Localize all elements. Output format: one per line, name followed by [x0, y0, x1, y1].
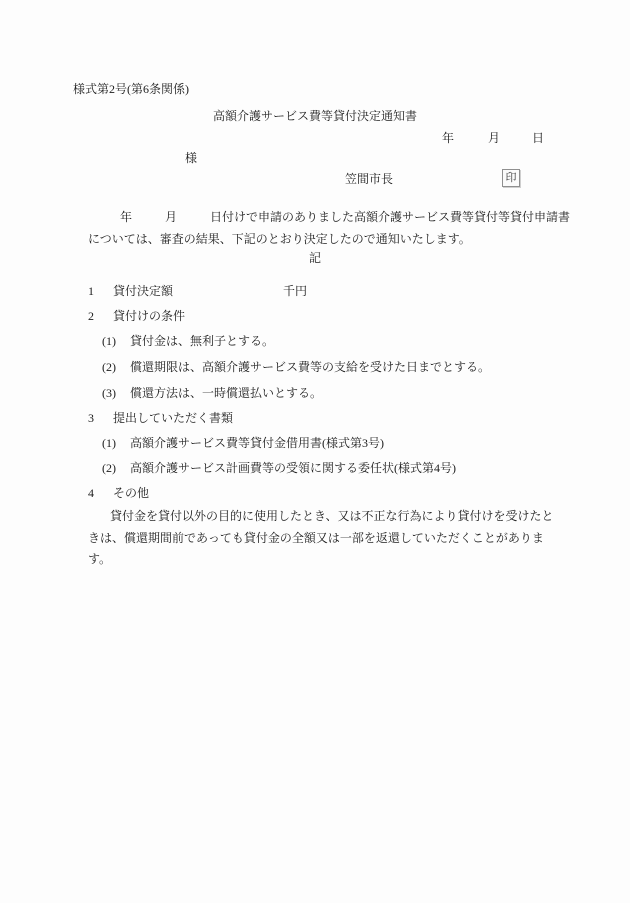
- page-title: 高額介護サービス費等貸付決定通知書: [0, 108, 630, 124]
- item-1-number: 1: [88, 283, 113, 299]
- item-4-note-line-2: きは、償還期間前であっても貸付金の全額又は一部を返還していただくことがありま: [88, 530, 544, 546]
- seal-mark: 印: [502, 169, 520, 187]
- item-2-number: 2: [88, 308, 113, 324]
- intro-line-1: 年月日付けで申請のありました高額介護サービス費等貸付等貸付申請書: [120, 209, 570, 225]
- item-3-sub-1-text: 高額介護サービス費等貸付金借用書(様式第3号): [130, 436, 384, 450]
- item-4-note-line-3: す。: [88, 551, 111, 567]
- item-2-sub-3: (3)償還方法は、一時償還払いとする。: [102, 385, 322, 401]
- form-number: 様式第2号(第6条関係): [73, 81, 189, 97]
- item-2-sub-3-number: (3): [102, 385, 130, 401]
- item-2-label: 貸付けの条件: [113, 309, 185, 323]
- item-3-sub-2: (2)高額介護サービス計画費等の受領に関する委任状(様式第4号): [102, 460, 456, 476]
- item-2-sub-2-text: 償還期限は、高額介護サービス費等の支給を受けた日までとする。: [130, 360, 490, 374]
- date-line: 年月日: [442, 130, 544, 146]
- intro-line-2: については、審査の結果、下記のとおり決定したので通知いたします。: [88, 231, 471, 247]
- date-month-label: 月: [488, 130, 500, 146]
- document-page: 様式第2号(第6条関係) 高額介護サービス費等貸付決定通知書 年月日 様 笠間市…: [0, 0, 630, 903]
- item-3-label: 提出していただく書類: [113, 411, 233, 425]
- item-2-sub-1-text: 貸付金は、無利子とする。: [130, 334, 274, 348]
- item-3: 3提出していただく書類: [88, 410, 233, 426]
- item-1-unit: 千円: [283, 283, 307, 299]
- item-1-label: 貸付決定額: [113, 284, 173, 298]
- intro-rest: 日付けで申請のありました高額介護サービス費等貸付等貸付申請書: [210, 209, 570, 225]
- item-1: 1貸付決定額: [88, 283, 173, 299]
- item-2-sub-3-text: 償還方法は、一時償還払いとする。: [130, 386, 322, 400]
- record-marker: 記: [0, 250, 630, 266]
- item-3-sub-2-text: 高額介護サービス計画費等の受領に関する委任状(様式第4号): [130, 461, 456, 475]
- item-2-sub-1: (1)貸付金は、無利子とする。: [102, 333, 274, 349]
- date-day-label: 日: [532, 130, 544, 146]
- sender-name: 笠間市長: [345, 171, 393, 187]
- item-4-number: 4: [88, 485, 113, 501]
- item-2: 2貸付けの条件: [88, 308, 185, 324]
- item-3-sub-2-number: (2): [102, 460, 130, 476]
- date-year-label: 年: [442, 131, 454, 145]
- item-2-sub-1-number: (1): [102, 333, 130, 349]
- intro-month-blank: 月: [165, 209, 177, 225]
- item-2-sub-2: (2)償還期限は、高額介護サービス費等の支給を受けた日までとする。: [102, 359, 490, 375]
- intro-year-blank: 年: [120, 210, 132, 224]
- item-2-sub-2-number: (2): [102, 359, 130, 375]
- addressee-honorific: 様: [185, 150, 197, 166]
- item-4-label: その他: [113, 486, 149, 500]
- item-3-sub-1-number: (1): [102, 435, 130, 451]
- item-3-sub-1: (1)高額介護サービス費等貸付金借用書(様式第3号): [102, 435, 384, 451]
- item-4: 4その他: [88, 485, 149, 501]
- item-4-note-line-1: 貸付金を貸付以外の目的に使用したとき、又は不正な行為により貸付けを受けたと: [110, 508, 554, 524]
- item-3-number: 3: [88, 410, 113, 426]
